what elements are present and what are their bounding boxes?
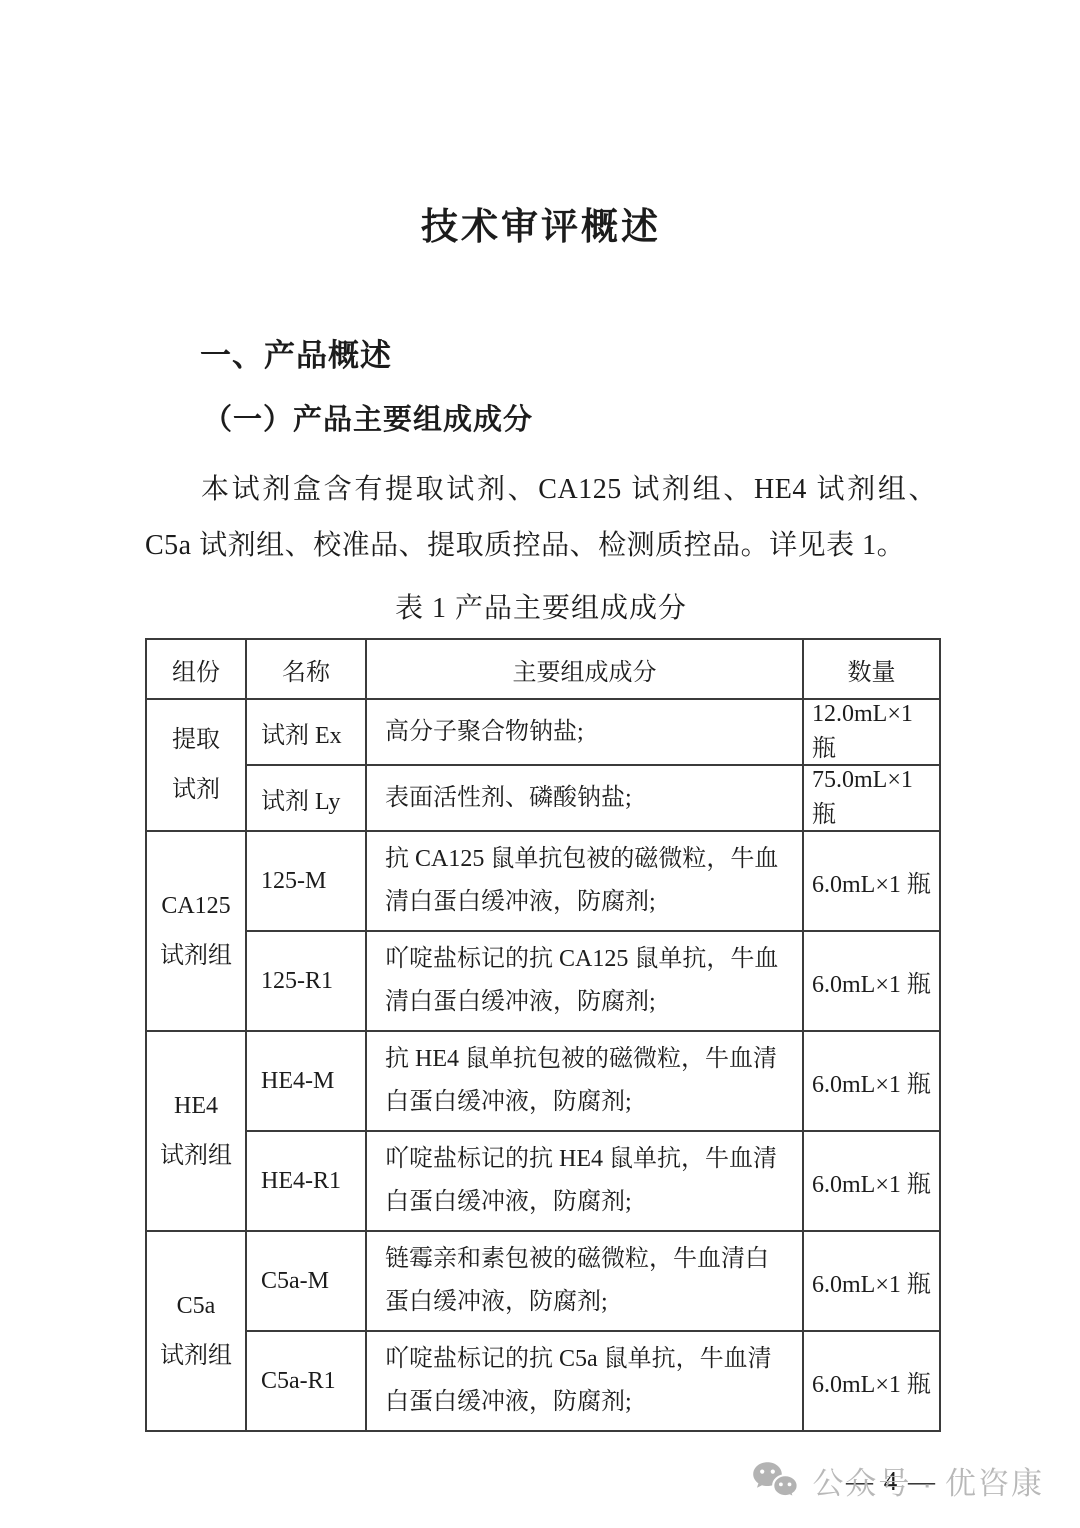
components-table: 组份 名称 主要组成成分 数量 提取 试剂 试剂 Ex 高分子聚合物钠盐; 12… (145, 638, 941, 1432)
document-content: 技术审评概述 一、产品概述 （一）产品主要组成成分 本试剂盒含有提取试剂、CA1… (0, 0, 1080, 1497)
composition-cell: 抗 HE4 鼠单抗包被的磁微粒，牛血清白蛋白缓冲液，防腐剂; (366, 1031, 803, 1131)
name-cell: 125-M (246, 831, 366, 931)
component-cell: CA125 试剂组 (146, 831, 246, 1031)
composition-cell: 吖啶盐标记的抗 CA125 鼠单抗，牛血清白蛋白缓冲液，防腐剂; (366, 931, 803, 1031)
composition-cell: 链霉亲和素包被的磁微粒，牛血清白蛋白缓冲液，防腐剂; (366, 1231, 803, 1331)
quantity-cell: 6.0mL×1 瓶 (803, 1031, 940, 1131)
name-cell: 125-R1 (246, 931, 366, 1031)
table-row: 提取 试剂 试剂 Ex 高分子聚合物钠盐; 12.0mL×1 瓶 (146, 699, 940, 765)
wechat-footer-label: 公众号 · 优咨康 (812, 1458, 1044, 1503)
header-name: 名称 (246, 639, 366, 699)
table-row: HE4 试剂组 HE4-M 抗 HE4 鼠单抗包被的磁微粒，牛血清白蛋白缓冲液，… (146, 1031, 940, 1131)
table-row: C5a-R1 吖啶盐标记的抗 C5a 鼠单抗，牛血清白蛋白缓冲液，防腐剂; 6.… (146, 1331, 940, 1431)
composition-cell: 抗 CA125 鼠单抗包被的磁微粒，牛血清白蛋白缓冲液，防腐剂; (366, 831, 803, 931)
page-title: 技术审评概述 (145, 0, 937, 250)
composition-cell: 表面活性剂、磷酸钠盐; (366, 765, 803, 831)
section-heading: 一、产品概述 (200, 330, 937, 375)
table-row: C5a 试剂组 C5a-M 链霉亲和素包被的磁微粒，牛血清白蛋白缓冲液，防腐剂;… (146, 1231, 940, 1331)
quantity-cell: 6.0mL×1 瓶 (803, 1131, 940, 1231)
component-cell: HE4 试剂组 (146, 1031, 246, 1231)
wechat-footer-badge: 公众号 · 优咨康 (752, 1458, 1044, 1503)
wechat-logo-icon (752, 1460, 800, 1502)
document-page: 技术审评概述 一、产品概述 （一）产品主要组成成分 本试剂盒含有提取试剂、CA1… (0, 0, 1080, 1528)
table-header-row: 组份 名称 主要组成成分 数量 (146, 639, 940, 699)
component-cell: C5a 试剂组 (146, 1231, 246, 1431)
name-cell: C5a-R1 (246, 1331, 366, 1431)
name-cell: 试剂 Ex (246, 699, 366, 765)
quantity-cell: 6.0mL×1 瓶 (803, 1331, 940, 1431)
header-component: 组份 (146, 639, 246, 699)
quantity-cell: 12.0mL×1 瓶 (803, 699, 940, 765)
composition-cell: 吖啶盐标记的抗 C5a 鼠单抗，牛血清白蛋白缓冲液，防腐剂; (366, 1331, 803, 1431)
name-cell: HE4-M (246, 1031, 366, 1131)
header-quantity: 数量 (803, 639, 940, 699)
table-row: 125-R1 吖啶盐标记的抗 CA125 鼠单抗，牛血清白蛋白缓冲液，防腐剂; … (146, 931, 940, 1031)
name-cell: C5a-M (246, 1231, 366, 1331)
composition-cell: 吖啶盐标记的抗 HE4 鼠单抗，牛血清白蛋白缓冲液，防腐剂; (366, 1131, 803, 1231)
quantity-cell: 75.0mL×1 瓶 (803, 765, 940, 831)
table-row: HE4-R1 吖啶盐标记的抗 HE4 鼠单抗，牛血清白蛋白缓冲液，防腐剂; 6.… (146, 1131, 940, 1231)
component-cell: 提取 试剂 (146, 699, 246, 831)
header-composition: 主要组成成分 (366, 639, 803, 699)
name-cell: 试剂 Ly (246, 765, 366, 831)
quantity-cell: 6.0mL×1 瓶 (803, 831, 940, 931)
table-caption: 表 1 产品主要组成成分 (145, 586, 937, 626)
subsection-heading: （一）产品主要组成成分 (203, 397, 937, 438)
name-cell: HE4-R1 (246, 1131, 366, 1231)
table-row: CA125 试剂组 125-M 抗 CA125 鼠单抗包被的磁微粒，牛血清白蛋白… (146, 831, 940, 931)
intro-paragraph: 本试剂盒含有提取试剂、CA125 试剂组、HE4 试剂组、C5a 试剂组、校准品… (145, 462, 937, 574)
quantity-cell: 6.0mL×1 瓶 (803, 1231, 940, 1331)
composition-cell: 高分子聚合物钠盐; (366, 699, 803, 765)
table-row: 试剂 Ly 表面活性剂、磷酸钠盐; 75.0mL×1 瓶 (146, 765, 940, 831)
quantity-cell: 6.0mL×1 瓶 (803, 931, 940, 1031)
